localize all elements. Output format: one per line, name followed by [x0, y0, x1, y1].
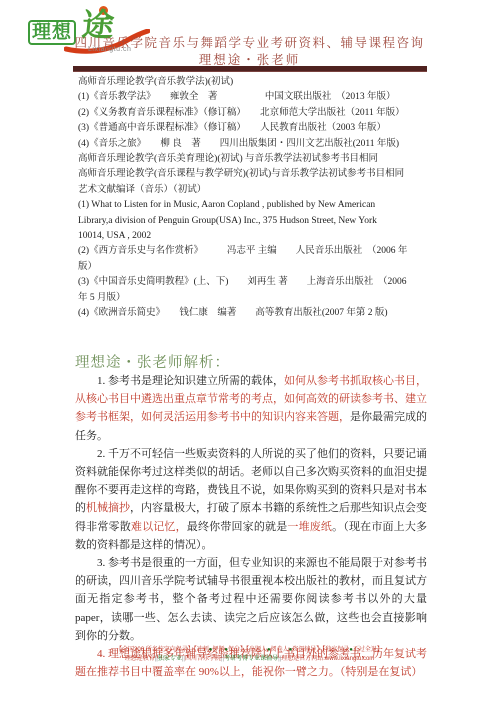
book-list-line: 版） [78, 260, 436, 275]
book-list-line: (2)《西方音乐史与名作赏析》 冯志平 主编 人民音乐出版社 （2006 年 [78, 244, 436, 259]
analysis-paragraphs: 1. 参考书是理论知识建立所需的载体，如何从参考书抓取核心书目，从核心书目中遴选… [75, 372, 427, 681]
header-title-line1: 四川音乐学院音乐与舞蹈学专业考研资料、辅导课程咨询 [0, 33, 499, 51]
book-list-line: (3)《普通高中音乐课程标准》（修订稿） 人民教育出版社（2003 年版） [78, 121, 436, 136]
text-segment: 机械摘抄 [86, 502, 130, 514]
book-list-line: 艺术文献编译（音乐）（初试） [78, 183, 436, 198]
text-segment: 不过全退】 [353, 647, 383, 653]
book-list-line: 年 5 月版） [78, 291, 436, 306]
text-segment: 最终你带回家的就是 [187, 521, 288, 533]
text-segment: 押题 [212, 647, 224, 653]
book-list-line: 10014, USA , 2002 [78, 229, 436, 244]
document-page: { "colors": { "ink": "#1c1c1c", "red": "… [0, 0, 499, 706]
text-segment: 考研考博专业课辅导 [224, 656, 278, 662]
text-segment: 理想途教育 [125, 656, 155, 662]
book-list-line: 高师音乐理论教学(音乐课程与教学研究)(初试)与音乐教学法初试参考书目相同 [78, 167, 436, 182]
book-list-line: 高师音乐理论教学(音乐美育理论)(初试) 与音乐教学法初试参考书目相同 [78, 152, 436, 167]
header-divider [73, 66, 427, 72]
analysis-paragraph: 2. 千万不可轻信一些贩卖资料的人所说的买了他们的资料，只要记诵资料就能保你考过… [75, 445, 427, 554]
book-list-line: (1)《音乐教学法》 雍敦全 著 中国文联出版社 （2013 年版） [78, 90, 436, 105]
text-segment: 1. 参考书是理论知识建立所需的载体， [97, 375, 284, 387]
book-list-line: (2)《义务教育音乐课程标准》（修订稿） 北京师范大学出版社（2011 年版） [78, 106, 436, 121]
page-footer: 【全国306 所名校定向保录】【冲刺●押题●保分】【出题人●阅卷人●资深辅导】【… [0, 646, 499, 664]
text-segment: 独家专业 [158, 656, 182, 662]
text-segment: 保分】【出题人 [228, 647, 267, 653]
analysis-paragraph: 1. 参考书是理论知识建立所需的载体，如何从参考书抓取核心书目，从核心书目中遴选… [75, 372, 427, 445]
analysis-heading: 理想途・张老师解析： [75, 351, 230, 372]
text-segment: 一堆废纸 [287, 521, 332, 533]
text-segment: 【全国306 所名校定向保录】【冲刺 [116, 647, 209, 653]
text-segment: 难以记忆， [131, 521, 187, 533]
book-list-line: (4)《欧洲音乐简史》 钱仁康 编著 高等教育出版社(2007 年第 2 版) [78, 306, 436, 321]
text-segment: 四川音乐学院 [185, 656, 221, 662]
book-list-line: (1) What to Listen for in Music, Aaron C… [78, 198, 436, 213]
reference-book-list: 高师音乐理论教学(音乐教学法)(初试)(1)《音乐教学法》 雍敦全 著 中国文联… [78, 75, 436, 322]
text-segment: 3. 参考书是很重的一方面，但专业知识的来源也不能局限于对参考书的研读，四川音乐… [75, 557, 427, 642]
book-list-line: Library,a division of Penguin Group(USA)… [78, 214, 436, 229]
book-list-line: (4)《音乐之旅》 柳 良 著 四川出版集团・四川文艺出版社(2011 年版) [78, 137, 436, 152]
footer-website-line: 理想途教育||独家专业||四川音乐学院||考研考博专业课辅导||理想途官方网站.… [0, 655, 499, 664]
text-segment: 资深辅导】【独家保录 [292, 647, 349, 653]
analysis-paragraph: 3. 参考书是很重的一方面，但专业知识的来源也不能局限于对参考书的研读，四川音乐… [75, 554, 427, 645]
book-list-line: (3)《中国音乐史简明教程》(上、下) 刘再生 著 上海音乐出版社 （2006 [78, 275, 436, 290]
text-segment: 理想途官方网站.www.lixiangtu.com [281, 656, 374, 662]
footer-slogan-line: 【全国306 所名校定向保录】【冲刺●押题●保分】【出题人●阅卷人●资深辅导】【… [0, 646, 499, 655]
text-segment: 阅卷人 [271, 647, 289, 653]
book-list-line: 高师音乐理论教学(音乐教学法)(初试) [78, 75, 436, 90]
